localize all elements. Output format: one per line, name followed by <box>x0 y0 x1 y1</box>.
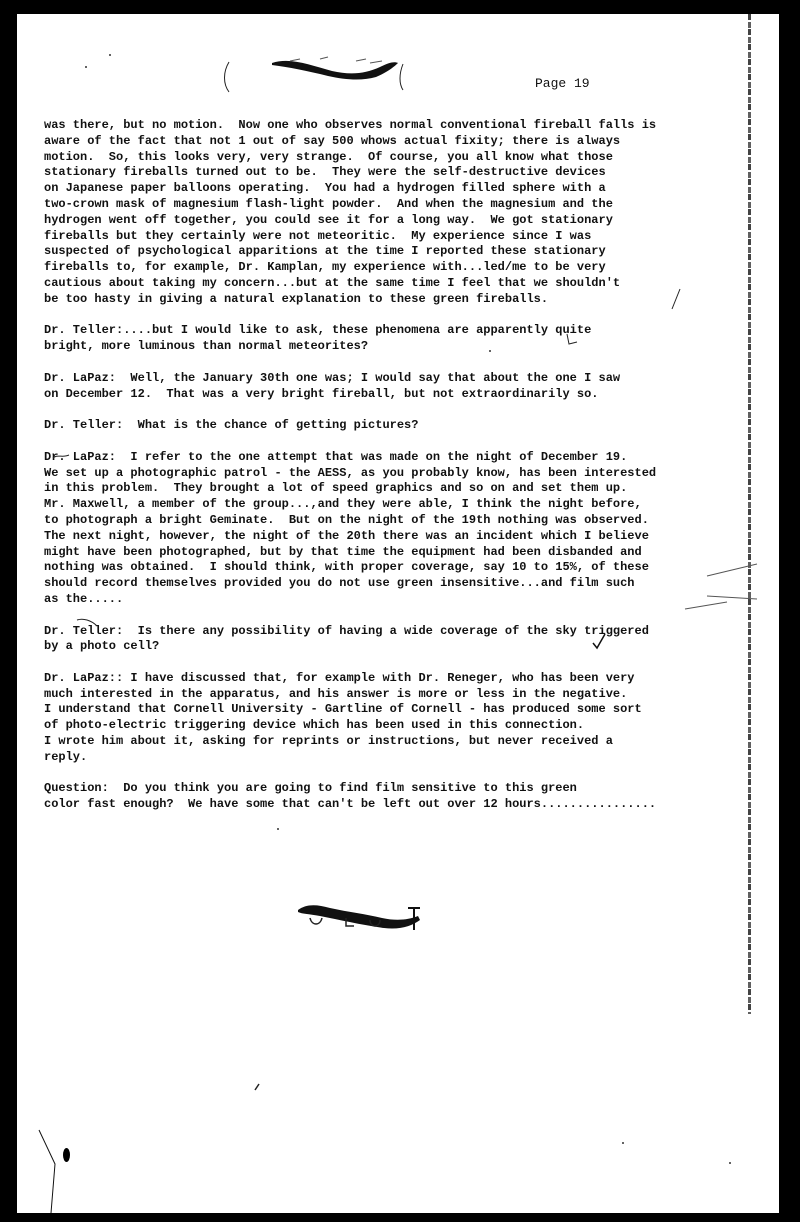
ink-blot <box>63 1148 70 1162</box>
handwritten-marks <box>17 14 779 1213</box>
scan-border-right <box>779 14 800 1222</box>
document-page: Page 19 was there, but no motion. Now on… <box>17 14 779 1213</box>
